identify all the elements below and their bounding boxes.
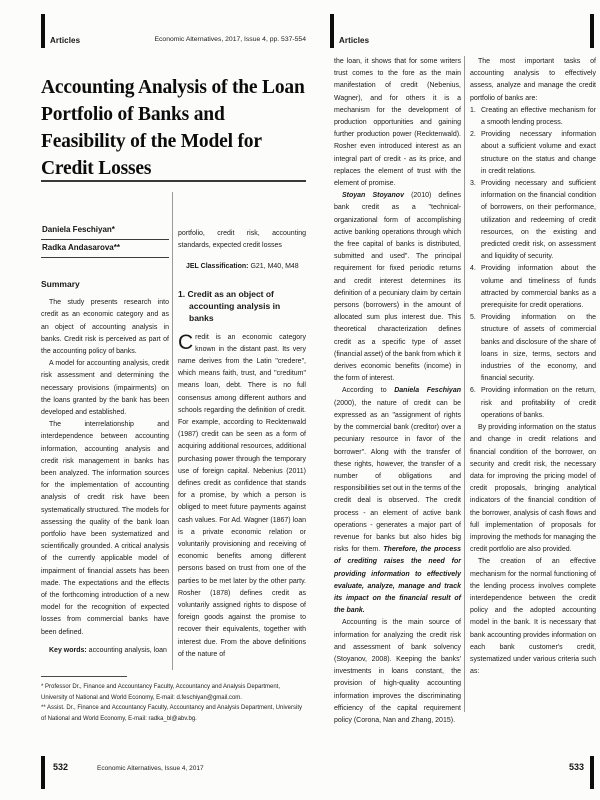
task-text-3: Providing necessary and sufficient infor… [481, 180, 596, 260]
footnote-2: ** Assist. Dr., Finance and Accountancy … [41, 703, 307, 724]
task-number-6: 6. [470, 385, 476, 397]
rp-paragraph-3-emphasis: Therefore, the process of crediting rais… [334, 546, 461, 614]
section-1-text: redit is an economic category known in t… [178, 334, 306, 658]
tasks-intro: The most important tasks of accounting a… [470, 56, 596, 105]
right-header-bar [330, 14, 334, 48]
rp-paragraph-4: Accounting is the main source of informa… [334, 617, 461, 727]
right-page-number: 533 [540, 762, 584, 772]
section-1-heading: 1. Credit as an object of accounting ana… [178, 288, 306, 324]
summary-heading: Summary [41, 278, 169, 290]
summary-paragraph-3: The interrelationship and interdependenc… [41, 419, 169, 639]
left-footer-citation: Economic Alternatives, Issue 4, 2017 [97, 765, 204, 772]
task-item-4: 4.Providing information about the volume… [470, 263, 596, 312]
rp-paragraph-3: According to Daniela Feschiyan (2000), t… [334, 385, 461, 617]
jel-line: JEL Classification: G21, M40, M48 [178, 261, 306, 273]
summary-paragraph-2: A model for accounting analysis, credit … [41, 358, 169, 419]
right-page-column-2: The most important tasks of accounting a… [470, 56, 596, 678]
footnote-1: * Professor Dr., Finance and Accountancy… [41, 682, 307, 703]
task-text-2: Providing necessary information about a … [481, 131, 596, 175]
task-number-1: 1. [470, 105, 476, 117]
task-text-1: Creating an effective mechanism for a sm… [481, 107, 596, 126]
author-name-1: Daniela Feschiyan* [41, 222, 169, 240]
dropcap-letter: C [178, 332, 195, 352]
task-number-2: 2. [470, 129, 476, 141]
rp2-paragraph-3: The creation of an effective mechanism f… [470, 556, 596, 678]
authors-block: Daniela Feschiyan* Radka Andasarova** [41, 222, 169, 258]
right-header-section-label: Articles [339, 36, 369, 45]
task-number-5: 5. [470, 312, 476, 324]
right-corner-bar [590, 14, 594, 48]
rp-paragraph-3-mid: (2000), the nature of credit can be expr… [334, 400, 461, 553]
journal-spread: Articles Economic Alternatives, 2017, Is… [0, 0, 600, 800]
right-page-column-1: the loan, it shows that for some writers… [334, 56, 461, 727]
left-header-section-label: Articles [50, 36, 80, 45]
article-title: Accounting Analysis of the Loan Portfoli… [41, 74, 309, 182]
section-1-paragraph: Credit is an economic category known in … [178, 332, 306, 661]
jel-label: JEL Classification: [186, 263, 249, 270]
left-header-bar [41, 14, 45, 48]
footnote-rule [41, 676, 127, 677]
rp-paragraph-2-text: (2010) defines bank credit as a "technic… [334, 192, 461, 382]
keywords-line: Key words: accounting analysis, loan [41, 645, 169, 657]
author-ref-stoyanov: Stoyan Stoyanov [342, 192, 404, 199]
left-page-number: 532 [53, 762, 68, 772]
task-text-5: Providing information on the structure o… [481, 314, 596, 382]
task-item-6: 6.Providing information on the return, r… [470, 385, 596, 422]
task-text-6: Providing information on the return, ris… [481, 387, 596, 418]
author-ref-feschiyan: Daniela Feschiyan [394, 387, 461, 394]
rp2-paragraph-2: By providing information on the status a… [470, 422, 596, 556]
left-page-column-divider [172, 192, 173, 670]
right-footer-bar [590, 756, 594, 789]
author-name-2: Radka Andasarova** [41, 240, 169, 258]
task-item-1: 1.Creating an effective mechanism for a … [470, 105, 596, 129]
title-rule [41, 180, 306, 182]
right-page-column-divider [464, 56, 465, 712]
rp-paragraph-3-pre: According to [342, 387, 394, 394]
task-item-2: 2.Providing necessary information about … [470, 129, 596, 178]
rp-paragraph-1: the loan, it shows that for some writers… [334, 56, 461, 190]
left-page-column-2: portfolio, credit risk, accounting stand… [178, 228, 306, 661]
summary-column: Summary The study presents research into… [41, 278, 169, 657]
left-header-citation: Economic Alternatives, 2017, Issue 4, pp… [130, 36, 306, 43]
rp-paragraph-2: Stoyan Stoyanov (2010) defines bank cred… [334, 190, 461, 385]
task-number-3: 3. [470, 178, 476, 190]
task-text-4: Providing information about the volume a… [481, 265, 596, 309]
keywords-label: Key words: [49, 647, 87, 654]
footnotes: * Professor Dr., Finance and Accountancy… [41, 682, 307, 724]
keywords-continuation: portfolio, credit risk, accounting stand… [178, 228, 306, 252]
keywords-text: accounting analysis, loan [87, 647, 167, 654]
task-item-5: 5.Providing information on the structure… [470, 312, 596, 385]
left-footer-bar [41, 756, 45, 789]
jel-codes: G21, M40, M48 [249, 263, 299, 270]
task-item-3: 3.Providing necessary and sufficient inf… [470, 178, 596, 263]
summary-paragraph-1: The study presents research into credit … [41, 297, 169, 358]
task-number-4: 4. [470, 263, 476, 275]
